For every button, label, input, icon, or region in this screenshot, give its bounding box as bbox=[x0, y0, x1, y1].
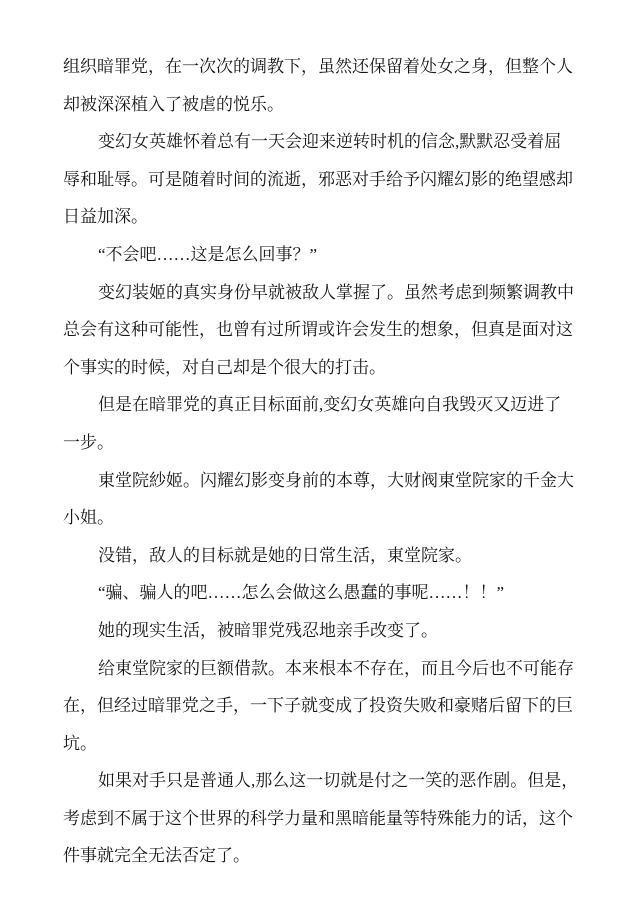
text-line: “骗、骗人的吧……怎么会做这么愚蠢的事呢……！！” bbox=[63, 574, 586, 612]
text-line: 日益加深。 bbox=[63, 198, 586, 236]
text-body: 组织暗罪党，在一次次的调教下，虽然还保留着处女之身，但整个人却被深深植入了被虐的… bbox=[63, 48, 586, 875]
text-line: 个事实的时候，对自己却是个很大的打击。 bbox=[63, 349, 586, 387]
text-line: 件事就完全无法否定了。 bbox=[63, 837, 586, 875]
text-line: 辱和耻辱。可是随着时间的流逝，邪恶对手给予闪耀幻影的绝望感却 bbox=[63, 161, 586, 199]
text-line: 组织暗罪党，在一次次的调教下，虽然还保留着处女之身，但整个人 bbox=[63, 48, 586, 86]
text-line: 但是在暗罪党的真正目标面前,变幻女英雄向自我毁灭又迈进了 bbox=[63, 386, 586, 424]
text-line: 变幻装姬的真实身份早就被敌人掌握了。虽然考虑到频繁调教中 bbox=[63, 274, 586, 312]
text-line: 東堂院紗姬。闪耀幻影变身前的本尊，大财阀東堂院家的千金大 bbox=[63, 462, 586, 500]
text-line: 一步。 bbox=[63, 424, 586, 462]
text-line: 变幻女英雄怀着总有一天会迎来逆转时机的信念,默默忍受着屈 bbox=[63, 123, 586, 161]
text-line: 给東堂院家的巨额借款。本来根本不存在，而且今后也不可能存 bbox=[63, 650, 586, 688]
text-line: 小姐。 bbox=[63, 499, 586, 537]
text-line: 如果对手只是普通人,那么这一切就是付之一笑的恶作剧。但是， bbox=[63, 762, 586, 800]
text-line: 考虑到不属于这个世界的科学力量和黑暗能量等特殊能力的话，这个 bbox=[63, 800, 586, 838]
text-line: 她的现实生活，被暗罪党残忍地亲手改变了。 bbox=[63, 612, 586, 650]
text-line: 没错，敌人的目标就是她的日常生活，東堂院家。 bbox=[63, 537, 586, 575]
text-line: 在，但经过暗罪党之手，一下子就变成了投资失败和豪赌后留下的巨 bbox=[63, 687, 586, 725]
document-page: 组织暗罪党，在一次次的调教下，虽然还保留着处女之身，但整个人却被深深植入了被虐的… bbox=[0, 0, 642, 912]
text-line: 却被深深植入了被虐的悦乐。 bbox=[63, 86, 586, 124]
text-line: 总会有这种可能性，也曾有过所谓或许会发生的想象，但真是面对这 bbox=[63, 311, 586, 349]
text-line: “不会吧……这是怎么回事？” bbox=[63, 236, 586, 274]
text-line: 坑。 bbox=[63, 725, 586, 763]
